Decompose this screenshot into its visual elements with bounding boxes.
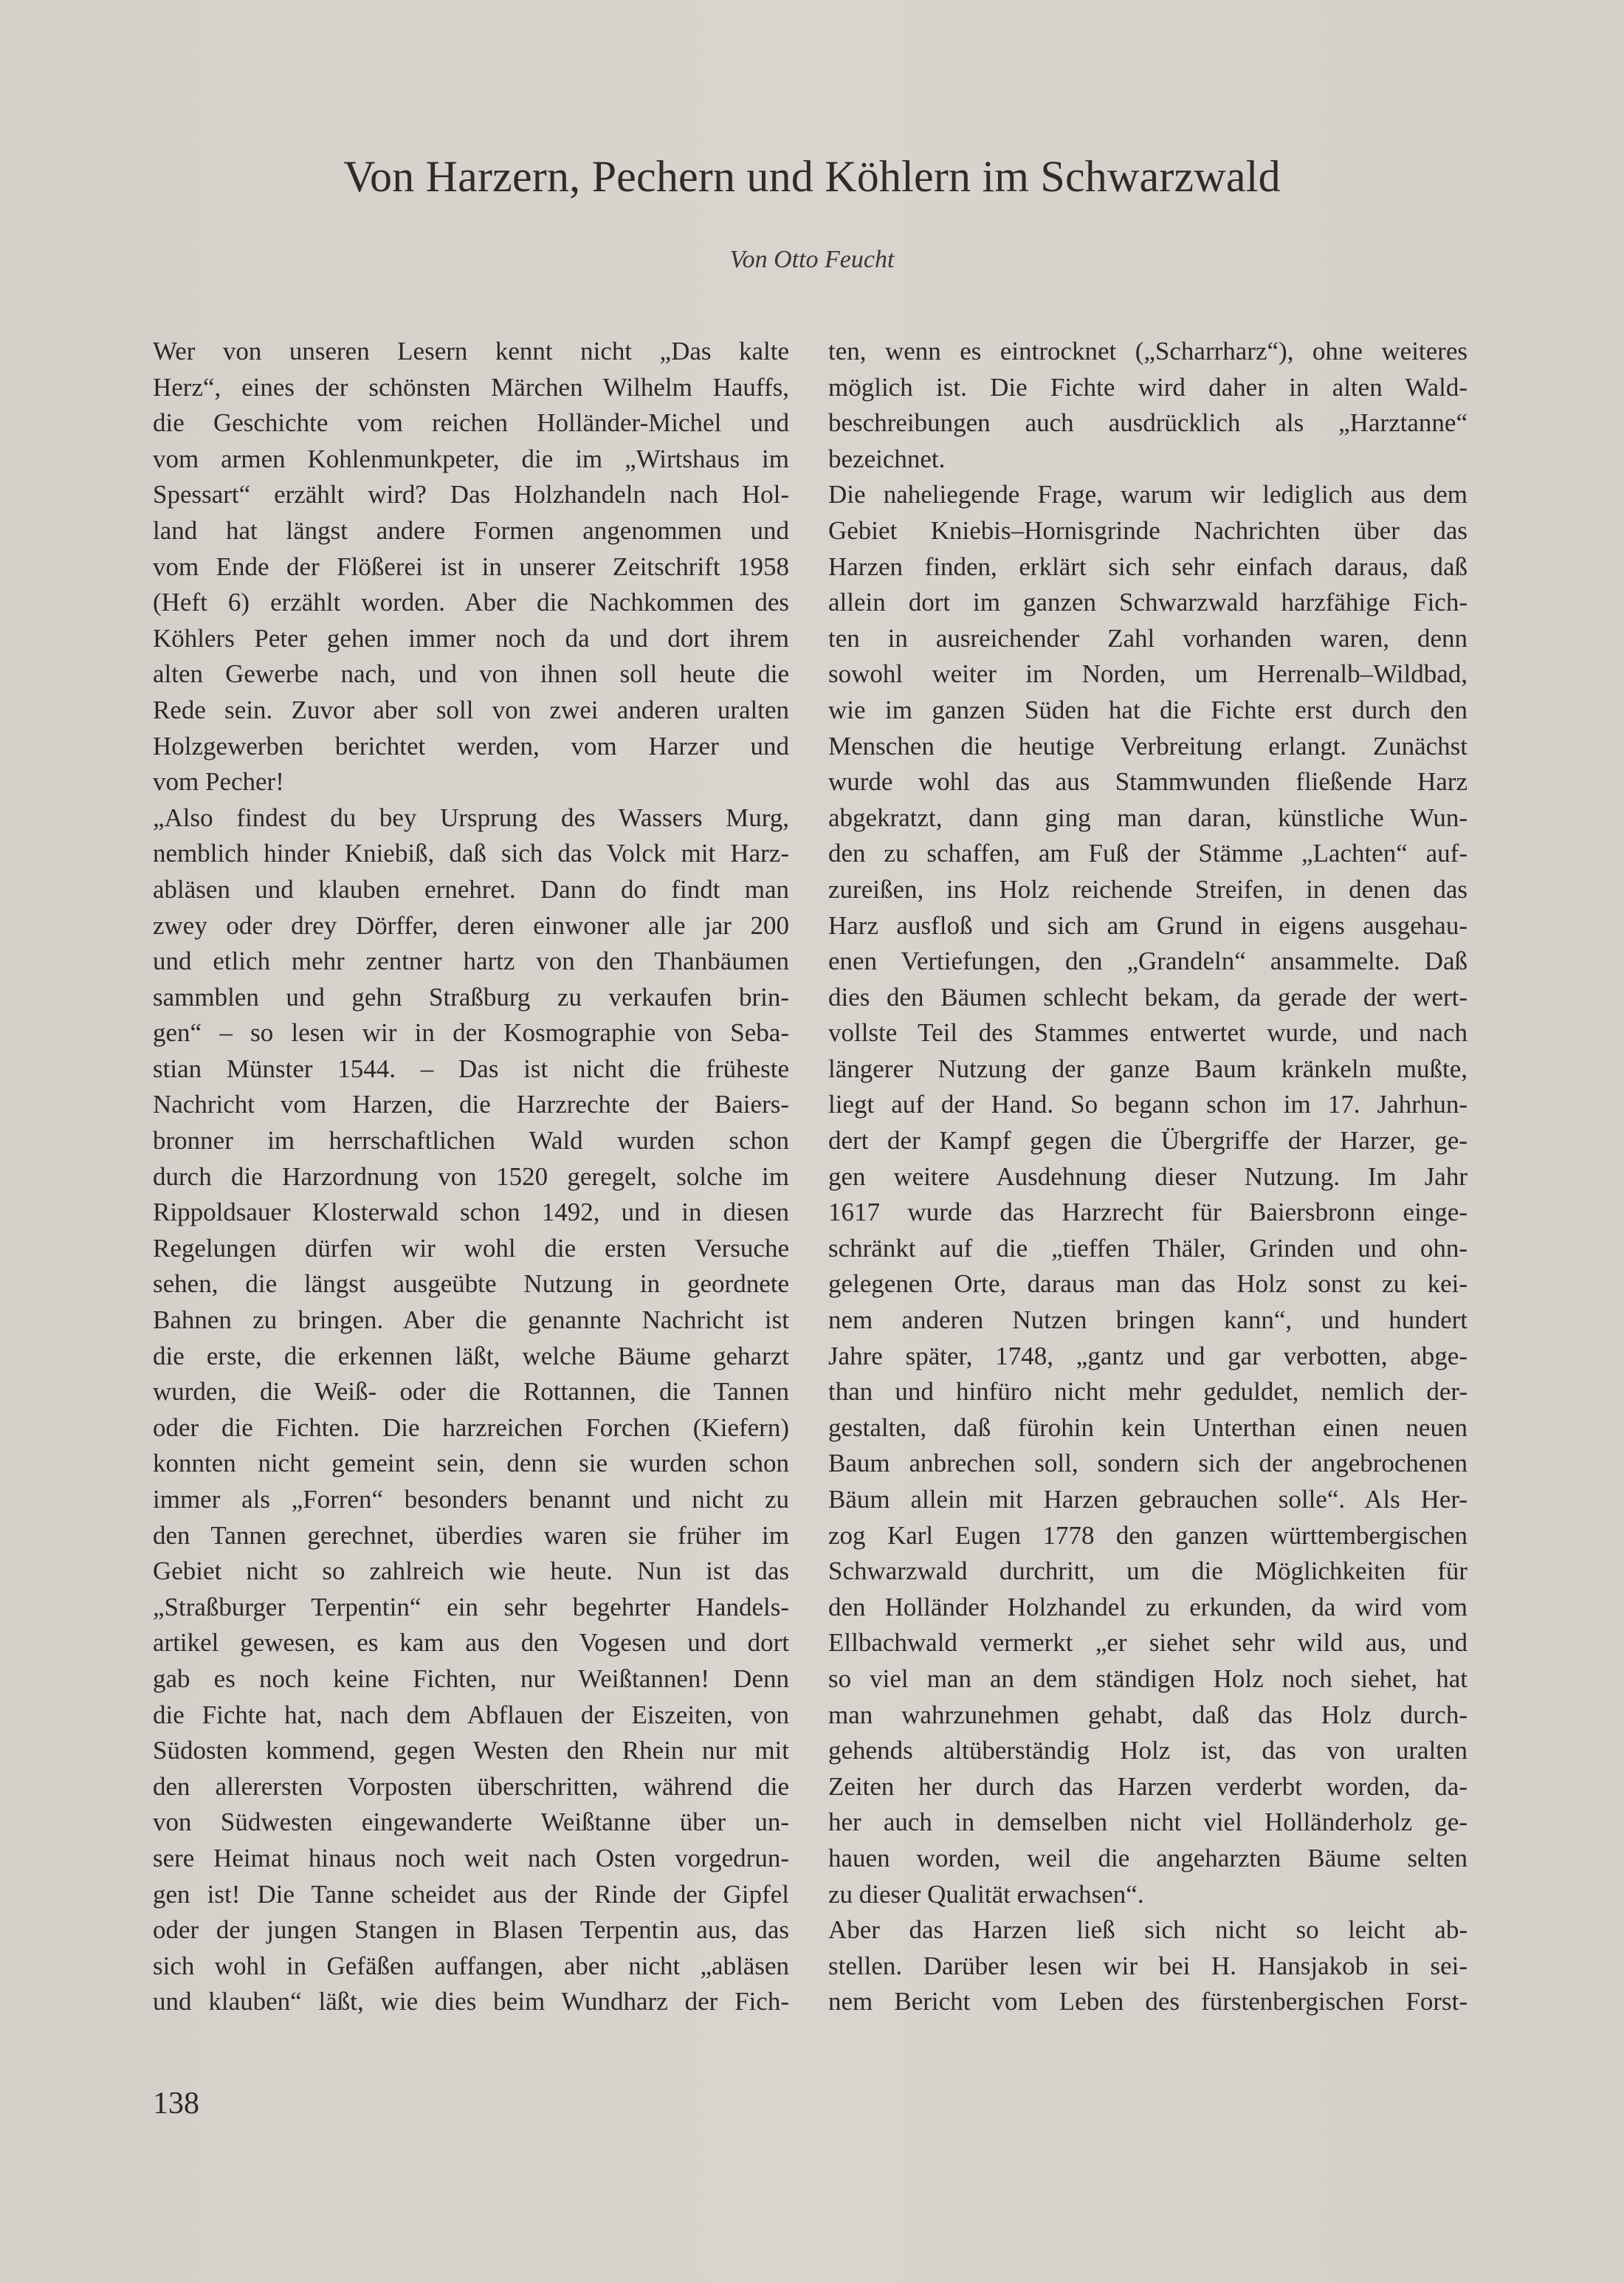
- text-line: Ellbachwald vermerkt „er siehet sehr wil…: [828, 1625, 1468, 1661]
- author-byline: Von Otto Feucht: [0, 246, 1624, 274]
- text-line: gen weitere Ausdehnung dieser Nutzung. I…: [828, 1159, 1468, 1195]
- text-line: vom Ende der Flößerei ist in unserer Zei…: [153, 549, 789, 586]
- text-line: immer als „Forren“ besonders benannt und…: [153, 1482, 789, 1518]
- text-line: oder der jungen Stangen in Blasen Terpen…: [153, 1912, 789, 1949]
- text-line: und etlich mehr zentner hartz von den Th…: [153, 944, 789, 980]
- text-line: den Holländer Holzhandel zu erkunden, da…: [828, 1590, 1468, 1626]
- text-line: möglich ist. Die Fichte wird daher in al…: [828, 370, 1468, 406]
- text-line: stellen. Darüber lesen wir bei H. Hansja…: [828, 1949, 1468, 1985]
- text-line: Gebiet nicht so zahlreich wie heute. Nun…: [153, 1554, 789, 1590]
- text-line: ten, wenn es eintrocknet („Scharrharz“),…: [828, 334, 1468, 370]
- text-line: und klauben“ läßt, wie dies beim Wundhar…: [153, 1984, 789, 2020]
- text-line: Menschen die heutige Verbreitung erlangt…: [828, 729, 1468, 765]
- text-line: hauen worden, weil die angeharzten Bäume…: [828, 1841, 1468, 1877]
- text-line: Herz“, eines der schönsten Märchen Wilhe…: [153, 370, 789, 406]
- text-line: wie im ganzen Süden hat die Fichte erst …: [828, 693, 1468, 729]
- text-line: Holzgewerben berichtet werden, vom Harze…: [153, 729, 789, 765]
- text-line: abgekratzt, dann ging man daran, künstli…: [828, 800, 1468, 837]
- page-number: 138: [153, 2086, 199, 2121]
- text-line: enen Vertiefungen, den „Grandeln“ ansamm…: [828, 944, 1468, 980]
- text-line: die Geschichte vom reichen Holländer-Mic…: [153, 405, 789, 442]
- text-line: Bahnen zu bringen. Aber die genannte Nac…: [153, 1302, 789, 1339]
- text-line: man wahrzunehmen gehabt, daß das Holz du…: [828, 1697, 1468, 1734]
- text-line: „Straßburger Terpentin“ ein sehr begehrt…: [153, 1590, 789, 1626]
- text-line: Köhlers Peter gehen immer noch da und do…: [153, 621, 789, 657]
- text-line: gen ist! Die Tanne scheidet aus der Rind…: [153, 1877, 789, 1913]
- text-line: so viel man an dem ständigen Holz noch s…: [828, 1661, 1468, 1697]
- text-line: wurde wohl das aus Stammwunden fließende…: [828, 764, 1468, 800]
- text-line: gab es noch keine Fichten, nur Weißtanne…: [153, 1661, 789, 1697]
- text-line: (Heft 6) erzählt worden. Aber die Nachko…: [153, 585, 789, 621]
- text-line: Aber das Harzen ließ sich nicht so leich…: [828, 1912, 1468, 1949]
- text-line: gehends altüberständig Holz ist, das von…: [828, 1733, 1468, 1769]
- text-line: dies den Bäumen schlecht bekam, da gerad…: [828, 980, 1468, 1016]
- text-line: 1617 wurde das Harzrecht für Baiersbronn…: [828, 1195, 1468, 1231]
- text-line: her auch in demselben nicht viel Holländ…: [828, 1805, 1468, 1841]
- text-line: bronner im herrschaftlichen Wald wurden …: [153, 1123, 789, 1159]
- text-line: than und hinfüro nicht mehr geduldet, ne…: [828, 1374, 1468, 1410]
- text-line: gen“ – so lesen wir in der Kosmographie …: [153, 1015, 789, 1051]
- text-line: Nachricht vom Harzen, die Harzrechte der…: [153, 1087, 789, 1123]
- right-column: ten, wenn es eintrocknet („Scharrharz“),…: [828, 334, 1468, 2020]
- text-line: sehen, die längst ausgeübte Nutzung in g…: [153, 1266, 789, 1302]
- text-line: zog Karl Eugen 1778 den ganzen württembe…: [828, 1518, 1468, 1554]
- left-column: Wer von unseren Lesern kennt nicht „Das …: [153, 334, 789, 2020]
- text-line: Wer von unseren Lesern kennt nicht „Das …: [153, 334, 789, 370]
- text-line: vom armen Kohlenmunkpeter, die im „Wirts…: [153, 442, 789, 478]
- text-line: nem anderen Nutzen bringen kann“, und hu…: [828, 1302, 1468, 1339]
- text-line: Schwarzwald durchritt, um die Möglichkei…: [828, 1554, 1468, 1590]
- text-line: den Tannen gerechnet, überdies waren sie…: [153, 1518, 789, 1554]
- text-line: sammblen und gehn Straßburg zu verkaufen…: [153, 980, 789, 1016]
- text-line: Die naheliegende Frage, warum wir ledigl…: [828, 477, 1468, 513]
- text-line: Zeiten her durch das Harzen verderbt wor…: [828, 1769, 1468, 1805]
- text-line: Rede sein. Zuvor aber soll von zwei ande…: [153, 693, 789, 729]
- text-line: wurden, die Weiß- oder die Rottannen, di…: [153, 1374, 789, 1410]
- text-line: beschreibungen auch ausdrücklich als „Ha…: [828, 405, 1468, 442]
- text-line: vom Pecher!: [153, 764, 789, 800]
- text-line: zwey oder drey Dörffer, deren einwoner a…: [153, 908, 789, 944]
- text-line: stian Münster 1544. – Das ist nicht die …: [153, 1051, 789, 1088]
- text-line: längerer Nutzung der ganze Baum kränkeln…: [828, 1051, 1468, 1088]
- text-line: nemblich hinder Kniebiß, daß sich das Vo…: [153, 836, 789, 872]
- text-line: land hat längst andere Formen angenommen…: [153, 513, 789, 549]
- text-line: allein dort im ganzen Schwarzwald harzfä…: [828, 585, 1468, 621]
- text-line: Harzen finden, erklärt sich sehr einfach…: [828, 549, 1468, 586]
- text-line: sich wohl in Gefäßen auffangen, aber nic…: [153, 1949, 789, 1985]
- text-line: bezeichnet.: [828, 442, 1468, 478]
- text-line: oder die Fichten. Die harzreichen Forche…: [153, 1410, 789, 1446]
- text-line: Spessart“ erzählt wird? Das Holzhandeln …: [153, 477, 789, 513]
- text-line: den zu schaffen, am Fuß der Stämme „Lach…: [828, 836, 1468, 872]
- article-title: Von Harzern, Pechern und Köhlern im Schw…: [0, 151, 1624, 202]
- text-line: zu dieser Qualität erwachsen“.: [828, 1877, 1468, 1913]
- text-line: Südosten kommend, gegen Westen den Rhein…: [153, 1733, 789, 1769]
- text-line: „Also findest du bey Ursprung des Wasser…: [153, 800, 789, 837]
- text-line: die erste, die erkennen läßt, welche Bäu…: [153, 1339, 789, 1375]
- text-line: schränkt auf die „tieffen Thäler, Grinde…: [828, 1231, 1468, 1267]
- text-line: liegt auf der Hand. So begann schon im 1…: [828, 1087, 1468, 1123]
- text-line: abläsen und klauben ernehret. Dann do fi…: [153, 872, 789, 908]
- text-line: sowohl weiter im Norden, um Herrenalb–Wi…: [828, 656, 1468, 693]
- text-line: von Südwesten eingewanderte Weißtanne üb…: [153, 1805, 789, 1841]
- text-line: die Fichte hat, nach dem Abflauen der Ei…: [153, 1697, 789, 1734]
- text-line: gestalten, daß fürohin kein Unterthan ei…: [828, 1410, 1468, 1446]
- text-line: Bäum allein mit Harzen gebrauchen solle“…: [828, 1482, 1468, 1518]
- text-line: zureißen, ins Holz reichende Streifen, i…: [828, 872, 1468, 908]
- text-line: Regelungen dürfen wir wohl die ersten Ve…: [153, 1231, 789, 1267]
- text-line: Gebiet Kniebis–Hornisgrinde Nachrichten …: [828, 513, 1468, 549]
- text-line: gelegenen Orte, daraus man das Holz sons…: [828, 1266, 1468, 1302]
- text-line: durch die Harzordnung von 1520 geregelt,…: [153, 1159, 789, 1195]
- text-line: artikel gewesen, es kam aus den Vogesen …: [153, 1625, 789, 1661]
- text-line: nem Bericht vom Leben des fürstenbergisc…: [828, 1984, 1468, 2020]
- text-line: dert der Kampf gegen die Übergriffe der …: [828, 1123, 1468, 1159]
- text-line: Baum anbrechen soll, sondern sich der an…: [828, 1446, 1468, 1482]
- text-line: konnten nicht gemeint sein, denn sie wur…: [153, 1446, 789, 1482]
- text-line: ten in ausreichender Zahl vorhanden ware…: [828, 621, 1468, 657]
- text-line: den allerersten Vorposten überschritten,…: [153, 1769, 789, 1805]
- text-line: vollste Teil des Stammes entwertet wurde…: [828, 1015, 1468, 1051]
- text-line: Jahre später, 1748, „gantz und gar verbo…: [828, 1339, 1468, 1375]
- text-line: Rippoldsauer Klosterwald schon 1492, und…: [153, 1195, 789, 1231]
- text-line: alten Gewerbe nach, und von ihnen soll h…: [153, 656, 789, 693]
- text-line: sere Heimat hinaus noch weit nach Osten …: [153, 1841, 789, 1877]
- text-line: Harz ausfloß und sich am Grund in eigens…: [828, 908, 1468, 944]
